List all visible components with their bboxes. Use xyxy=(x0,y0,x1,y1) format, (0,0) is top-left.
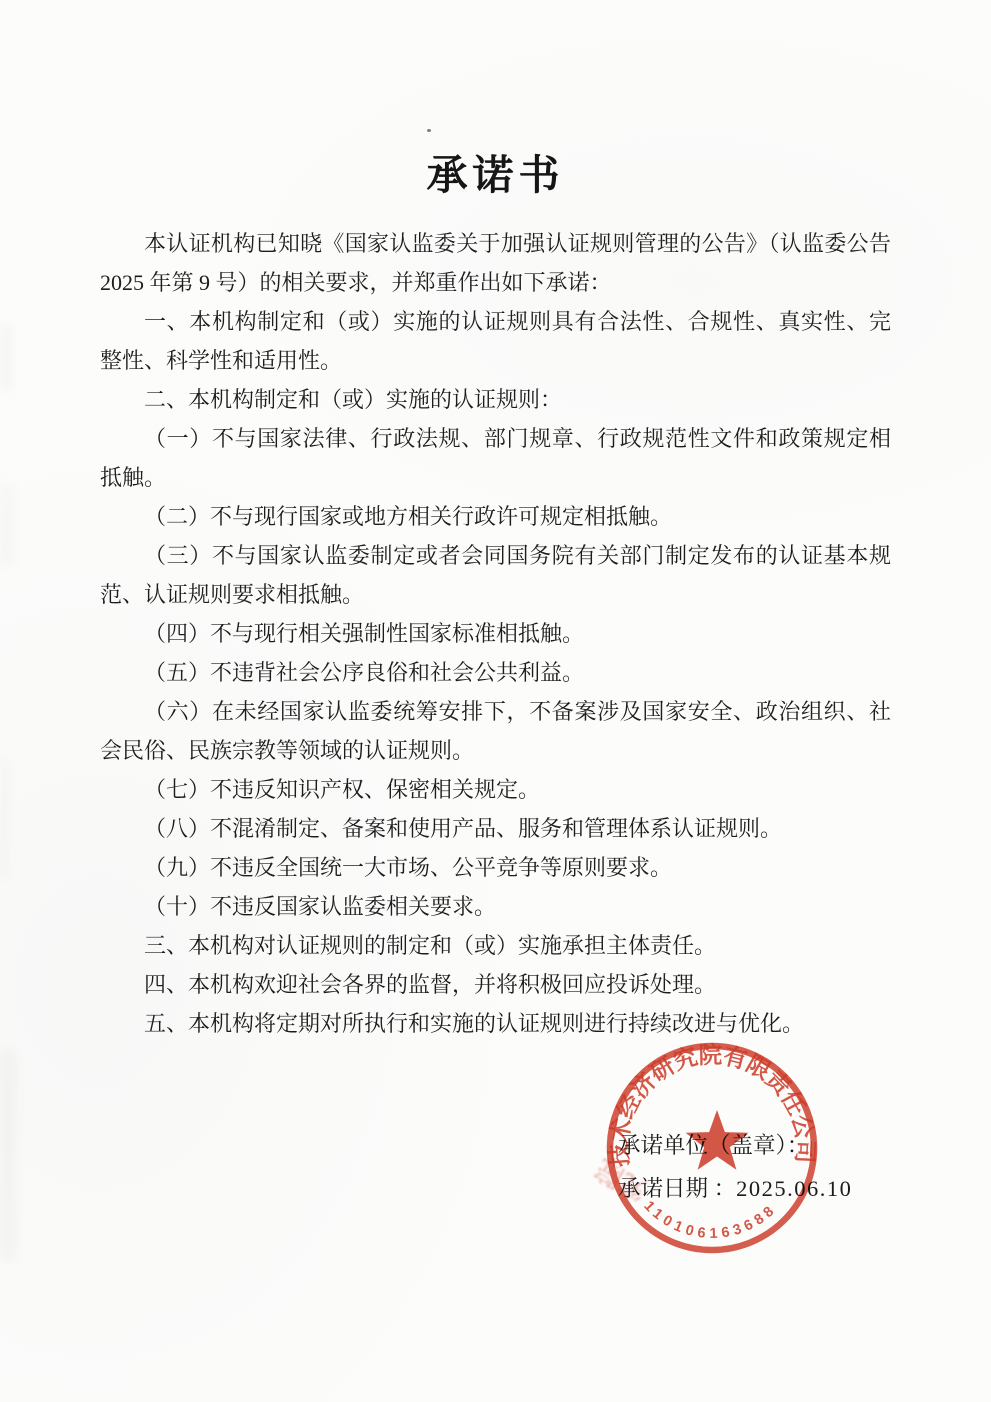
body-paragraph: 二、本机构制定和（或）实施的认证规则： xyxy=(100,380,891,419)
body-paragraph: （七）不违反知识产权、保密相关规定。 xyxy=(100,770,891,809)
body-paragraph: （六）在未经国家认监委统筹安排下，不备案涉及国家安全、政治组织、社会民俗、民族宗… xyxy=(100,692,891,770)
body-paragraph: 本认证机构已知晓《国家认监委关于加强认证规则管理的公告》（认监委公告 2025 … xyxy=(100,224,891,302)
body-paragraph: （三）不与国家认监委制定或者会同国务院有关部门制定发布的认证基本规范、认证规则要… xyxy=(100,536,891,614)
body-paragraph: （五）不违背社会公序良俗和社会公共利益。 xyxy=(100,653,891,692)
scan-speck xyxy=(427,129,431,132)
scanned-document-page: 承诺书 本认证机构已知晓《国家认监委关于加强认证规则管理的公告》（认监委公告 2… xyxy=(0,0,991,1402)
scan-artifact xyxy=(0,325,12,390)
page-title: 承诺书 xyxy=(0,142,991,201)
scan-artifact xyxy=(0,760,10,880)
body-paragraph: （四）不与现行相关强制性国家标准相抵触。 xyxy=(100,614,891,653)
body-paragraph: （一）不与国家法律、行政法规、部门规章、行政规范性文件和政策规定相抵触。 xyxy=(100,419,891,497)
body-paragraph: （二）不与现行国家或地方相关行政许可规定相抵触。 xyxy=(100,497,891,536)
body-paragraph: 一、本机构制定和（或）实施的认证规则具有合法性、合规性、真实性、完整性、科学性和… xyxy=(100,302,891,380)
official-seal: 技术经济研究院有限责任公司 110106163688 究院 xyxy=(575,1022,867,1280)
scan-artifact xyxy=(0,485,14,565)
scan-artifact xyxy=(0,1050,16,1260)
body-paragraph: （八）不混淆制定、备案和使用产品、服务和管理体系认证规则。 xyxy=(100,809,891,848)
document-body: 本认证机构已知晓《国家认监委关于加强认证规则管理的公告》（认监委公告 2025 … xyxy=(100,224,891,1043)
body-paragraph: 三、本机构对认证规则的制定和（或）实施承担主体责任。 xyxy=(100,926,891,965)
body-paragraph: （九）不违反全国统一大市场、公平竞争等原则要求。 xyxy=(100,848,891,887)
body-paragraph: 四、本机构欢迎社会各界的监督，并将积极回应投诉处理。 xyxy=(100,965,891,1004)
body-paragraph: （十）不违反国家认监委相关要求。 xyxy=(100,887,891,926)
seal-star-icon xyxy=(686,1110,749,1170)
